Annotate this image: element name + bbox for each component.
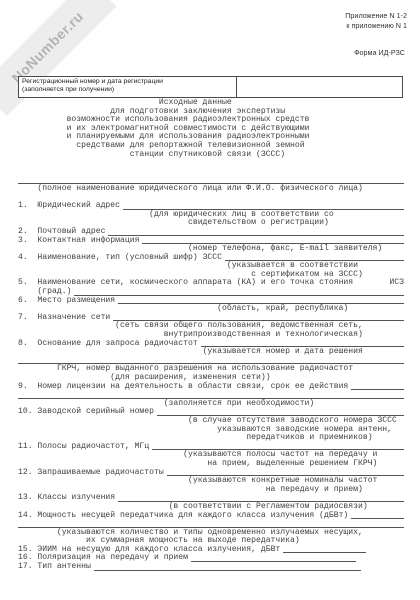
line-text: 11. Полосы радиочастот, МГц [18, 443, 149, 452]
line-text: 3. Контактная информация [18, 237, 139, 246]
appendix-header: Приложение N 1-2 к приложению N 1 [345, 11, 407, 30]
form-line: 5. Наименование сети, космического аппар… [18, 279, 404, 288]
appendix-line2: к приложению N 1 [345, 21, 407, 31]
form-code: Форма ИД-РЗС [354, 48, 405, 58]
form-line: 14. Мощность несущей передатчика для каж… [18, 512, 404, 521]
form-line: 17. Тип антенны [18, 563, 404, 572]
form-body: Исходные данныедля подготовки заключения… [18, 99, 404, 572]
fill-in-blank [108, 235, 404, 236]
form-line [18, 159, 404, 168]
fill-in-blank [351, 518, 404, 519]
registration-table: Регистрационный номер и дата регистрации… [18, 76, 403, 98]
line-text: 9. Номер лицензии на деятельность в обла… [18, 383, 348, 392]
registration-label-line1: Регистрационный номер и дата регистрации [22, 78, 233, 86]
fill-in-blank [351, 389, 404, 390]
line-text: 7. Назначение сети [18, 314, 110, 323]
form-line [18, 168, 404, 177]
line-text: 17. Тип антенны [18, 563, 91, 572]
line-text: 1. Юридический адрес [18, 202, 120, 211]
fill-in-blank [191, 561, 356, 562]
fill-in-blank [283, 552, 366, 553]
line-text: (указывается номер и дата решения [203, 348, 363, 357]
line-text: передатчиков и приемников) [246, 434, 372, 443]
form-line: (полное наименование юридического лица и… [18, 185, 404, 194]
line-text: (область, край, республика) [217, 305, 348, 314]
line-text: свидетельством о регистрации) [188, 219, 329, 228]
registration-label-line2: (заполняется при получении) [22, 86, 233, 94]
line-text: 10. Заводской серийный номер [18, 408, 154, 417]
line-text: (заполняется при необходимости) [164, 400, 315, 409]
line-text: 6. Место размещения [18, 297, 115, 306]
line-text: (полное наименование юридического лица и… [37, 185, 362, 194]
form-line: (указывается номер и дата решения [18, 348, 404, 357]
form-line: 9. Номер лицензии на деятельность в обла… [18, 383, 404, 392]
line-text-right: ИСЗ [389, 279, 404, 288]
line-text: 13. Классы излучения [18, 494, 115, 503]
registration-value-cell [237, 77, 402, 97]
registration-label-cell: Регистрационный номер и дата регистрации… [19, 77, 237, 97]
line-text: 12. Запрашиваемые радиочастоты [18, 469, 164, 478]
line-text: на передачу и прием) [266, 486, 363, 495]
appendix-line1: Приложение N 1-2 [345, 11, 407, 21]
fill-in-blank [74, 295, 404, 296]
line-text: 14. Мощность несущей передатчика для каж… [18, 512, 348, 521]
watermark-text: NoNumber.ru [9, 8, 87, 86]
line-text: 8. Основание для запроса радиочастот [18, 340, 198, 349]
fill-in-blank [94, 570, 361, 571]
line-text: на прием, выделенные решением ГКРЧ) [207, 460, 377, 469]
line-text: станции спутниковой связи (ЗССС) [130, 151, 285, 160]
line-text: 4. Наименование, тип (условный шифр) ЗСС… [18, 254, 222, 263]
form-line: станции спутниковой связи (ЗССС) [18, 151, 404, 160]
